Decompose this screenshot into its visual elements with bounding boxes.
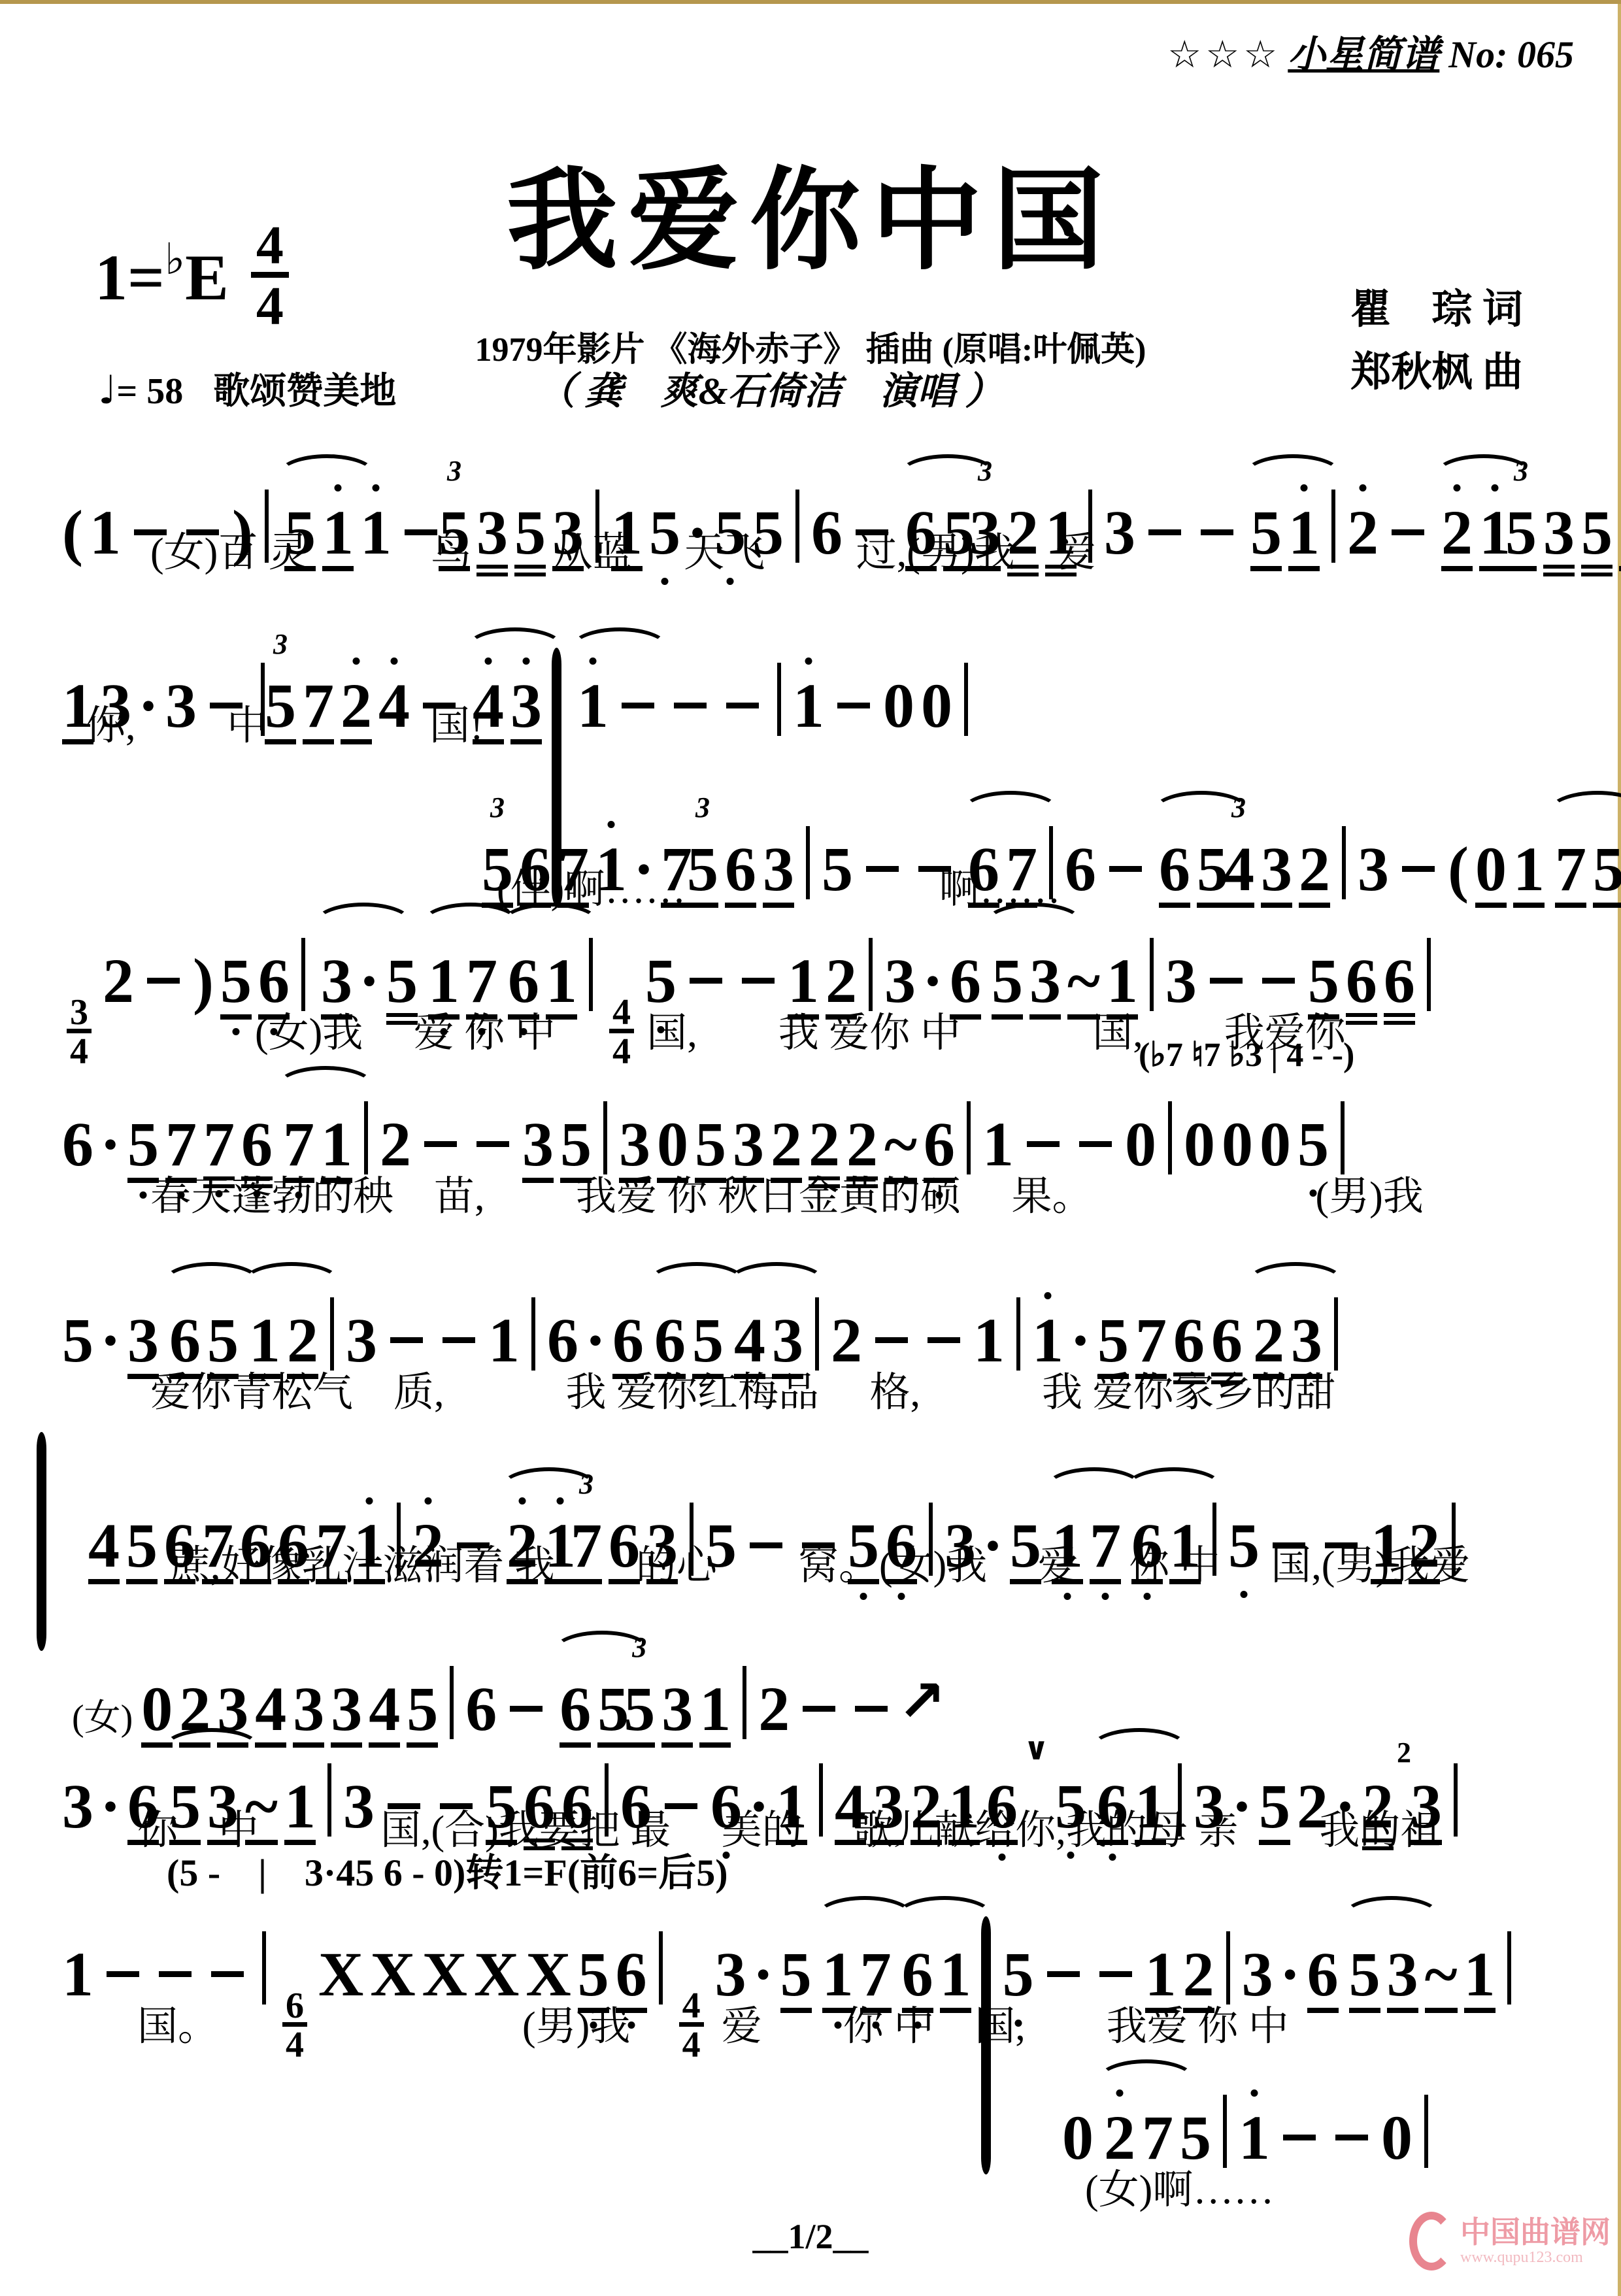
note: 6 — [1097, 1775, 1128, 1845]
notation-row: 5·36512316·66543211·576623 — [59, 1262, 1584, 1360]
note: 5 — [220, 950, 252, 1020]
note: 2 — [826, 950, 857, 1020]
note: 6 — [620, 1775, 652, 1838]
note: 1 — [611, 501, 643, 571]
note: 7 — [202, 1514, 233, 1584]
note: 5 — [692, 1309, 724, 1379]
note: 5 — [649, 501, 680, 564]
music-system: (1)5113535315·55665332135122135353(女)百 灵… — [59, 422, 1584, 586]
octave-dot-below — [1109, 1854, 1116, 1861]
note: 0 — [1475, 838, 1507, 908]
note: 3 — [884, 950, 916, 1012]
note: 6 — [616, 1943, 647, 2013]
note: 6 — [1159, 838, 1190, 908]
note: · — [748, 1775, 769, 1838]
dash — [837, 703, 870, 708]
note: 0 — [1062, 2106, 1094, 2169]
note: 6 — [508, 950, 539, 1020]
octave-dot-below — [657, 1026, 664, 1033]
note: 5 — [1349, 1943, 1380, 2013]
note: 3 — [552, 501, 584, 571]
note: 3 — [346, 1309, 377, 1372]
octave-dot-above — [557, 1497, 564, 1505]
octave-dot-above — [372, 484, 379, 491]
note: 1 — [973, 1309, 1005, 1372]
note: 1 — [940, 1943, 971, 2013]
note: 2 — [103, 950, 134, 1012]
dash — [674, 703, 707, 708]
note: 7 — [571, 1514, 602, 1584]
note: 3 — [1194, 1775, 1225, 1838]
note: · — [1231, 1775, 1252, 1838]
octave-dot-below — [254, 1190, 261, 1197]
watermark-url: www.qupu123.com — [1460, 2249, 1611, 2266]
octave-dot-below — [295, 1191, 303, 1199]
note: 1 — [1045, 501, 1077, 576]
cue-notes: (♭7 ♮7 ♭3 | 4 - -) — [1139, 1035, 1354, 1074]
barline — [777, 663, 781, 736]
octave-dot-below — [1064, 1593, 1071, 1600]
note: 2 — [771, 1113, 802, 1183]
music-system: 3·653~1356666·143216∨5613·52·223你 中 国,(合… — [59, 1700, 1584, 1863]
note: 0 — [1125, 1113, 1156, 1176]
octave-dot-below — [1144, 1593, 1151, 1600]
octave-dot-below — [440, 1028, 447, 1035]
note: ~ — [884, 1113, 917, 1183]
note: 3 — [165, 674, 197, 737]
slur-icon — [961, 791, 1060, 833]
note: 3 — [476, 501, 508, 576]
note: 4 — [88, 1514, 120, 1584]
barline — [964, 663, 968, 736]
sheet-music-page: ☆☆☆小星简谱No: 065 1=♭E 4 4 我爱你中国 1979年影片 《海… — [0, 0, 1621, 2296]
notation-row: 35671·7356356766534323(01756 — [490, 759, 1584, 857]
note: 3 — [1411, 1775, 1442, 1845]
notation-row: (1)5113535315·55665332135122135353 — [59, 422, 1584, 520]
meter-numerator: 3 — [67, 996, 92, 1033]
note: 3 — [100, 674, 131, 737]
note: 5 — [127, 1113, 159, 1183]
note: 7 — [1555, 838, 1586, 908]
note: 4 — [1223, 838, 1254, 908]
slur-icon — [895, 1896, 994, 1938]
octave-dot-below — [178, 1191, 185, 1199]
note: 1 — [1032, 1309, 1063, 1372]
note: 0 — [883, 674, 914, 737]
note: 5 — [284, 501, 316, 571]
note: 3 — [1261, 838, 1292, 908]
note: X — [474, 1943, 519, 2006]
octave-dot-below — [1067, 1852, 1074, 1859]
note: 4 — [734, 1309, 765, 1379]
note: 1 — [284, 1775, 316, 1845]
note: 1 — [354, 1514, 385, 1584]
page-number: __1/2__ — [0, 2216, 1621, 2257]
note: 6 — [924, 1113, 955, 1183]
watermark-name: 中国曲谱网 — [1460, 2216, 1611, 2250]
octave-dot-above — [353, 657, 360, 665]
octave-dot-below — [1241, 1591, 1248, 1598]
note: 1 — [488, 1309, 520, 1372]
dash — [1402, 866, 1435, 872]
octave-dot-below — [834, 2021, 841, 2029]
note: 3 — [969, 501, 1001, 571]
note: 1 — [360, 501, 392, 564]
note: 1 — [1135, 1775, 1166, 1845]
notation-row: 164XXXXX56443·517615123·653~1 — [59, 1896, 1584, 1994]
octave-dot-below — [216, 1190, 223, 1197]
note: 6 — [240, 1514, 271, 1584]
note: 5 — [1505, 501, 1537, 571]
note: 3 — [1291, 1309, 1322, 1379]
note: 3 — [510, 674, 542, 744]
note: 5 — [1055, 1775, 1086, 1838]
note: 3 — [772, 1309, 803, 1379]
note: 2 — [831, 1309, 862, 1372]
note: 2 — [380, 1113, 411, 1176]
octave-dot-above — [1359, 484, 1366, 491]
note: 6 — [169, 1309, 201, 1379]
note: 5 — [1097, 1309, 1129, 1379]
slur-icon — [465, 627, 565, 669]
note: 0 — [657, 1113, 688, 1183]
barline — [1427, 938, 1431, 1011]
note: X — [318, 1943, 363, 2006]
note: 1 — [1371, 1514, 1402, 1584]
dash — [443, 1337, 475, 1343]
note: 3 — [127, 1309, 159, 1379]
note: 5 — [1250, 501, 1282, 571]
note: 5 — [1593, 838, 1621, 908]
note: 1 — [321, 1113, 352, 1183]
dash — [927, 1337, 960, 1343]
note: 5 — [578, 1943, 609, 2013]
note: 2 — [809, 1113, 840, 1188]
note: 3 — [873, 1775, 904, 1845]
header-brand: 小星简谱 — [1288, 33, 1439, 76]
note: 6 — [127, 1775, 159, 1845]
octave-dot-below — [232, 1028, 239, 1035]
dash — [390, 1337, 423, 1343]
octave-dot-above — [1491, 484, 1498, 491]
note: 5 — [482, 838, 513, 908]
note: 7 — [316, 1514, 347, 1584]
slur-icon — [570, 627, 669, 669]
octave-dot-below — [270, 1028, 277, 1035]
note: 6 — [710, 1775, 742, 1838]
dash — [622, 703, 654, 708]
note: 6 — [1307, 1943, 1339, 2013]
note: 2 — [1409, 1514, 1440, 1584]
note: 3 — [715, 1943, 746, 2006]
note: · — [100, 1113, 121, 1176]
note: · — [100, 1309, 121, 1372]
octave-dot-below — [140, 1191, 147, 1199]
note: 5 — [386, 950, 418, 1025]
note: 6 — [547, 1309, 578, 1372]
note: 1 — [577, 674, 609, 737]
note: 6 — [609, 1514, 640, 1584]
note: 7 — [1135, 1309, 1167, 1379]
note: 3 — [1165, 950, 1197, 1012]
note: 7 — [203, 1113, 235, 1188]
barline — [1331, 490, 1335, 563]
note: 5 — [265, 674, 296, 744]
note: 1 — [90, 501, 121, 564]
slur-icon — [314, 903, 413, 944]
octave-dot-above — [608, 821, 615, 828]
note: 1 — [1513, 838, 1545, 908]
octave-dot-above — [1116, 2089, 1124, 2097]
meter-denominator: 4 — [70, 1033, 88, 1070]
octave-dot-above — [334, 484, 341, 491]
note: 5 — [687, 838, 718, 908]
system-brace — [37, 1432, 46, 1651]
slur-icon — [1342, 1896, 1441, 1938]
note: 3 — [321, 950, 352, 1020]
note: 1 — [1145, 1943, 1177, 2013]
page-header: ☆☆☆小星简谱No: 065 — [1167, 24, 1574, 78]
note: 1 — [982, 1113, 1014, 1176]
dash — [1079, 1141, 1112, 1147]
note: 6 — [811, 501, 843, 564]
note: 6 — [725, 838, 756, 908]
note: 7 — [466, 950, 497, 1020]
note: 7 — [558, 838, 589, 908]
notation-row: 13·335724431100 — [59, 595, 1584, 693]
music-system: 6·5776712353053222~6100005春天蓬勃的秧 苗, 我爱 你… — [59, 1066, 1584, 1229]
note: ~ — [245, 1775, 278, 1845]
music-system: 5·36512316·66543211·576623爱你青松气 质, 我 爱你红… — [59, 1262, 1584, 1425]
octave-dot-above — [519, 1497, 526, 1505]
note: 3 — [1242, 1943, 1273, 2006]
performers: （ 龚 爽&石倚洁 演唱 ） — [537, 360, 1003, 415]
note: 7 — [283, 1113, 314, 1183]
note: X — [526, 1943, 571, 2006]
note: 0 — [921, 674, 952, 737]
note: 1 — [1464, 1943, 1496, 2013]
octave-dot-below — [1102, 1593, 1109, 1600]
octave-dot-above — [1453, 484, 1460, 491]
note: 1 — [822, 1943, 854, 2013]
lyricist: 瞿 琮 词 — [1350, 278, 1523, 341]
note: · — [359, 950, 380, 1012]
note: 7 — [165, 1113, 197, 1183]
note: 2 — [287, 1309, 318, 1379]
note: 5 — [486, 1775, 517, 1845]
note: 6 — [654, 1309, 686, 1379]
stars-icon: ☆☆☆ — [1167, 32, 1281, 76]
note: 5 — [1308, 950, 1339, 1020]
breath-mark: ∨ — [1024, 1700, 1049, 1798]
note: 5 — [705, 1514, 737, 1577]
note: 7 — [303, 674, 334, 744]
note: 2 — [507, 1514, 538, 1584]
dash — [1335, 2135, 1368, 2140]
octave-dot-below — [627, 2021, 635, 2029]
music-system: 342)563·51761445123·653~13566(女)我 爱 你 中 … — [59, 903, 1584, 1066]
note: 1 — [1288, 501, 1320, 571]
note: 6 — [1065, 838, 1096, 901]
dash — [875, 1337, 908, 1343]
octave-dot-below — [726, 578, 733, 585]
barline — [1342, 826, 1346, 899]
note: 5 — [207, 1309, 239, 1379]
note: 6 — [968, 838, 999, 908]
note: 6 — [278, 1514, 309, 1584]
octave-dot-above — [1251, 2089, 1258, 2097]
note: 1 — [322, 501, 354, 571]
note: 5 — [992, 950, 1023, 1020]
note: 6 — [1173, 1309, 1205, 1384]
note: 2 — [1104, 2106, 1135, 2169]
dash — [476, 1141, 509, 1147]
note: 1 — [249, 1309, 280, 1379]
note: 5 — [714, 501, 746, 564]
style-text: 歌颂赞美地 — [213, 371, 396, 412]
dash — [1027, 1141, 1060, 1147]
note: 2 — [341, 674, 372, 744]
note: 5 — [560, 1113, 592, 1183]
slur-icon — [1548, 791, 1621, 833]
octave-dot-below — [914, 2021, 921, 2029]
note: 5 — [514, 501, 546, 576]
octave-dot-above — [485, 657, 492, 665]
note: 2 — [1347, 501, 1379, 564]
note: 2 — [1362, 1775, 1394, 1850]
note: 3 — [1029, 950, 1061, 1020]
note: · — [633, 838, 654, 901]
note: 7 — [1090, 1514, 1121, 1584]
dash — [690, 978, 722, 984]
octave-dot-above — [523, 657, 530, 665]
barline — [1454, 1763, 1458, 1837]
barline — [1507, 1931, 1511, 2005]
note: X — [422, 1943, 467, 2006]
grace-note: 2 — [1397, 1704, 1411, 1802]
note: ( — [1448, 838, 1469, 901]
dash — [1392, 529, 1424, 535]
note: 5 — [126, 1514, 158, 1584]
note: 6 — [258, 950, 290, 1020]
dash — [1201, 529, 1233, 535]
dash — [742, 978, 775, 984]
note: 5 — [439, 501, 470, 571]
octave-dot-above — [1300, 484, 1307, 491]
notation-row: (女)0234334566535312↗ — [72, 1599, 1584, 1697]
note: ) — [193, 950, 214, 1012]
dash — [1109, 866, 1142, 872]
note: 6 — [986, 1775, 1018, 1845]
octave-dot-below — [590, 2021, 597, 2029]
time-signature: 34 — [67, 996, 92, 1070]
note: 2 — [1183, 1943, 1214, 2013]
note: · — [687, 501, 708, 564]
note: 1 — [428, 950, 460, 1020]
note: 3 — [944, 1514, 976, 1577]
octave-dot-below — [872, 2021, 879, 2029]
voice-brace — [552, 664, 563, 736]
note: 3 — [646, 1514, 678, 1584]
note: 0 — [1260, 1113, 1291, 1176]
note: 5 — [1297, 1113, 1329, 1176]
dash — [1148, 529, 1181, 535]
note: 6 — [520, 838, 551, 908]
note: 4 — [473, 674, 504, 744]
octave-dot-above — [1044, 1292, 1052, 1299]
note: 2 — [1253, 1309, 1284, 1379]
slur-icon — [276, 1066, 375, 1108]
slur-icon — [984, 903, 1084, 944]
octave-dot-below — [1309, 1190, 1316, 1197]
note: 3 — [522, 1113, 554, 1183]
dash — [1283, 2135, 1316, 2140]
note: · — [1335, 1775, 1356, 1838]
note: · — [585, 1309, 606, 1372]
slur-icon — [277, 454, 376, 496]
note: 6 — [241, 1113, 273, 1188]
note: 1 — [595, 838, 627, 901]
note: 2 — [412, 1514, 444, 1577]
slur-icon — [162, 1728, 261, 1770]
note: 3 — [733, 1113, 764, 1183]
note: 6 — [561, 1775, 593, 1850]
dash — [159, 1971, 192, 1977]
slur-icon — [1097, 2059, 1196, 2101]
note: 7 — [1006, 838, 1037, 908]
note: 2 — [911, 1775, 942, 1845]
note: 5 — [695, 1113, 726, 1183]
note: 3 — [343, 1775, 375, 1838]
dash — [1210, 978, 1243, 984]
note: 2 — [1007, 501, 1039, 576]
note: 2 — [1299, 838, 1330, 908]
note: 5 — [752, 501, 784, 564]
note: · — [138, 674, 159, 737]
slur-icon — [1090, 1728, 1189, 1770]
note: · — [1070, 1309, 1091, 1372]
note: 6 — [612, 1309, 644, 1379]
note: ) — [232, 501, 253, 564]
notation-row: 6·5776712353053222~6100005 — [59, 1066, 1584, 1164]
note: 1 — [788, 950, 819, 1020]
note: 6 — [524, 1775, 555, 1850]
note: 1 — [1052, 1514, 1083, 1584]
octave-dot-above — [590, 657, 597, 665]
watermark: 中国曲谱网 www.qupu123.com — [1409, 2212, 1611, 2271]
quarter-note-icon: ♩ — [98, 367, 116, 413]
note: 3 — [1543, 501, 1575, 576]
note: 6 — [950, 950, 981, 1020]
octave-dot-above — [366, 1497, 373, 1505]
note: 6 — [905, 501, 937, 571]
note: 6 — [1346, 950, 1377, 1025]
note: 5 — [62, 1309, 93, 1372]
slur-icon — [1243, 454, 1343, 496]
song-title: 我爱你中国 — [0, 161, 1621, 283]
barline — [1424, 2095, 1428, 2168]
note: 0 — [1222, 1113, 1253, 1176]
octave-dot-below — [898, 1593, 905, 1600]
note: 4 — [835, 1775, 866, 1845]
slur-icon — [1124, 1467, 1224, 1509]
slur-icon — [1246, 1262, 1345, 1304]
note: 6 — [902, 1943, 933, 2013]
note: 0 — [1184, 1113, 1215, 1176]
slur-icon — [727, 1262, 826, 1304]
music-system: 164XXXXX56443·517615123·653~1国。 (男)我 爱 你… — [59, 1896, 1584, 2223]
dash — [147, 978, 180, 984]
